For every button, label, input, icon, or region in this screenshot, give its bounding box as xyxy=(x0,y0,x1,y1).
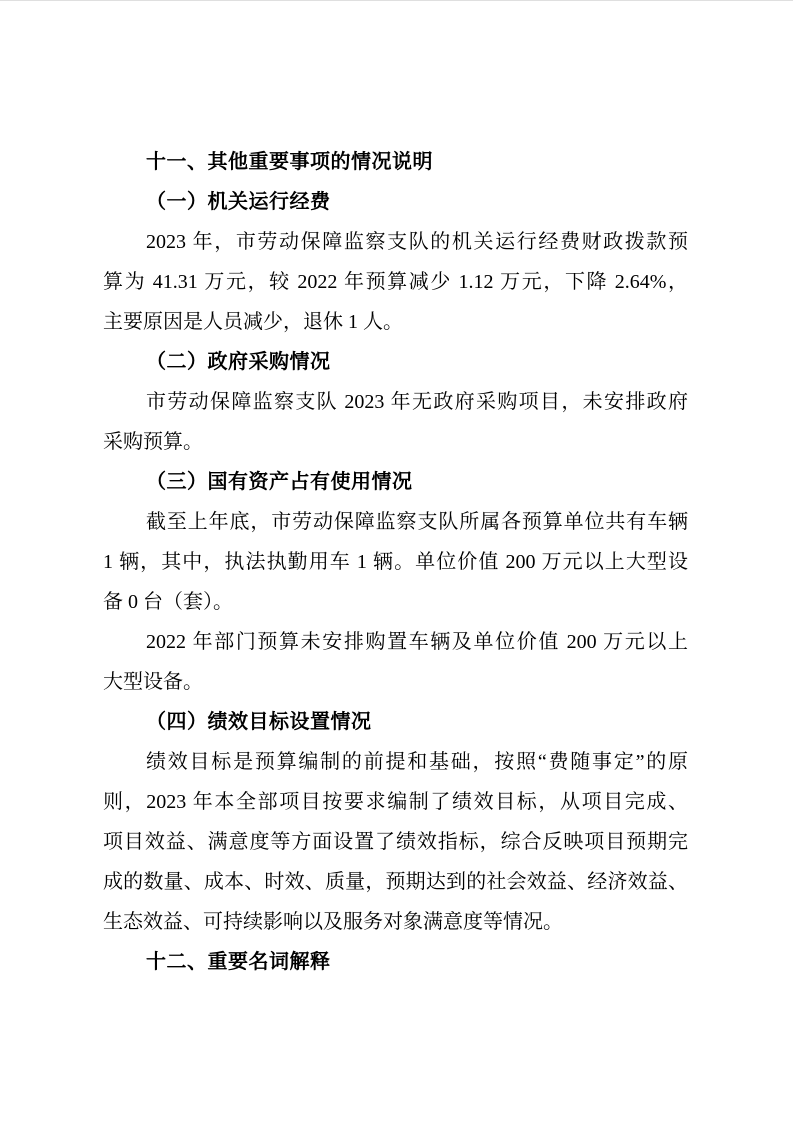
paragraph-line: 则，2023 年本全部项目按要求编制了绩效目标，从项目完成、 xyxy=(103,782,688,822)
page-top-rule xyxy=(0,0,793,1)
paragraph-line: 主要原因是人员减少，退休 1 人。 xyxy=(103,302,688,342)
page: { "page": { "background_color": "#ffffff… xyxy=(0,0,793,1122)
paragraph-line: 2022 年部门预算未安排购置车辆及单位价值 200 万元以上 xyxy=(103,622,688,662)
section-heading-12: 十二、重要名词解释 xyxy=(103,942,688,982)
paragraph-line: 2023 年，市劳动保障监察支队的机关运行经费财政拨款预 xyxy=(103,222,688,262)
paragraph-line: 成的数量、成本、时效、质量，预期达到的社会效益、经济效益、 xyxy=(103,862,688,902)
paragraph-line: 大型设备。 xyxy=(103,662,688,702)
paragraph-line: 采购预算。 xyxy=(103,422,688,462)
paragraph-line: 截至上年底，市劳动保障监察支队所属各预算单位共有车辆 xyxy=(103,502,688,542)
paragraph-no-vehicle-purchase: 2022 年部门预算未安排购置车辆及单位价值 200 万元以上 大型设备。 xyxy=(103,622,688,702)
paragraph-line: 项目效益、满意度等方面设置了绩效指标，综合反映项目预期完 xyxy=(103,822,688,862)
document-body: 十一、其他重要事项的情况说明 （一）机关运行经费 2023 年，市劳动保障监察支… xyxy=(103,142,688,982)
paragraph-line: 1 辆，其中，执法执勤用车 1 辆。单位价值 200 万元以上大型设 xyxy=(103,542,688,582)
paragraph-line: 市劳动保障监察支队 2023 年无政府采购项目，未安排政府 xyxy=(103,382,688,422)
paragraph-line: 生态效益、可持续影响以及服务对象满意度等情况。 xyxy=(103,902,688,942)
subsection-heading-1: （一）机关运行经费 xyxy=(103,182,688,222)
subsection-heading-4: （四）绩效目标设置情况 xyxy=(103,702,688,742)
subsection-heading-3: （三）国有资产占有使用情况 xyxy=(103,462,688,502)
paragraph-state-assets: 截至上年底，市劳动保障监察支队所属各预算单位共有车辆 1 辆，其中，执法执勤用车… xyxy=(103,502,688,622)
subsection-heading-2: （二）政府采购情况 xyxy=(103,342,688,382)
paragraph-procurement: 市劳动保障监察支队 2023 年无政府采购项目，未安排政府 采购预算。 xyxy=(103,382,688,462)
paragraph-line: 备 0 台（套）。 xyxy=(103,582,688,622)
section-heading-11: 十一、其他重要事项的情况说明 xyxy=(103,142,688,182)
paragraph-line: 算为 41.31 万元，较 2022 年预算减少 1.12 万元，下降 2.64… xyxy=(103,262,688,302)
paragraph-operating-funds: 2023 年，市劳动保障监察支队的机关运行经费财政拨款预 算为 41.31 万元… xyxy=(103,222,688,342)
paragraph-performance-targets: 绩效目标是预算编制的前提和基础，按照“费随事定”的原 则，2023 年本全部项目… xyxy=(103,742,688,942)
paragraph-line: 绩效目标是预算编制的前提和基础，按照“费随事定”的原 xyxy=(103,742,688,782)
